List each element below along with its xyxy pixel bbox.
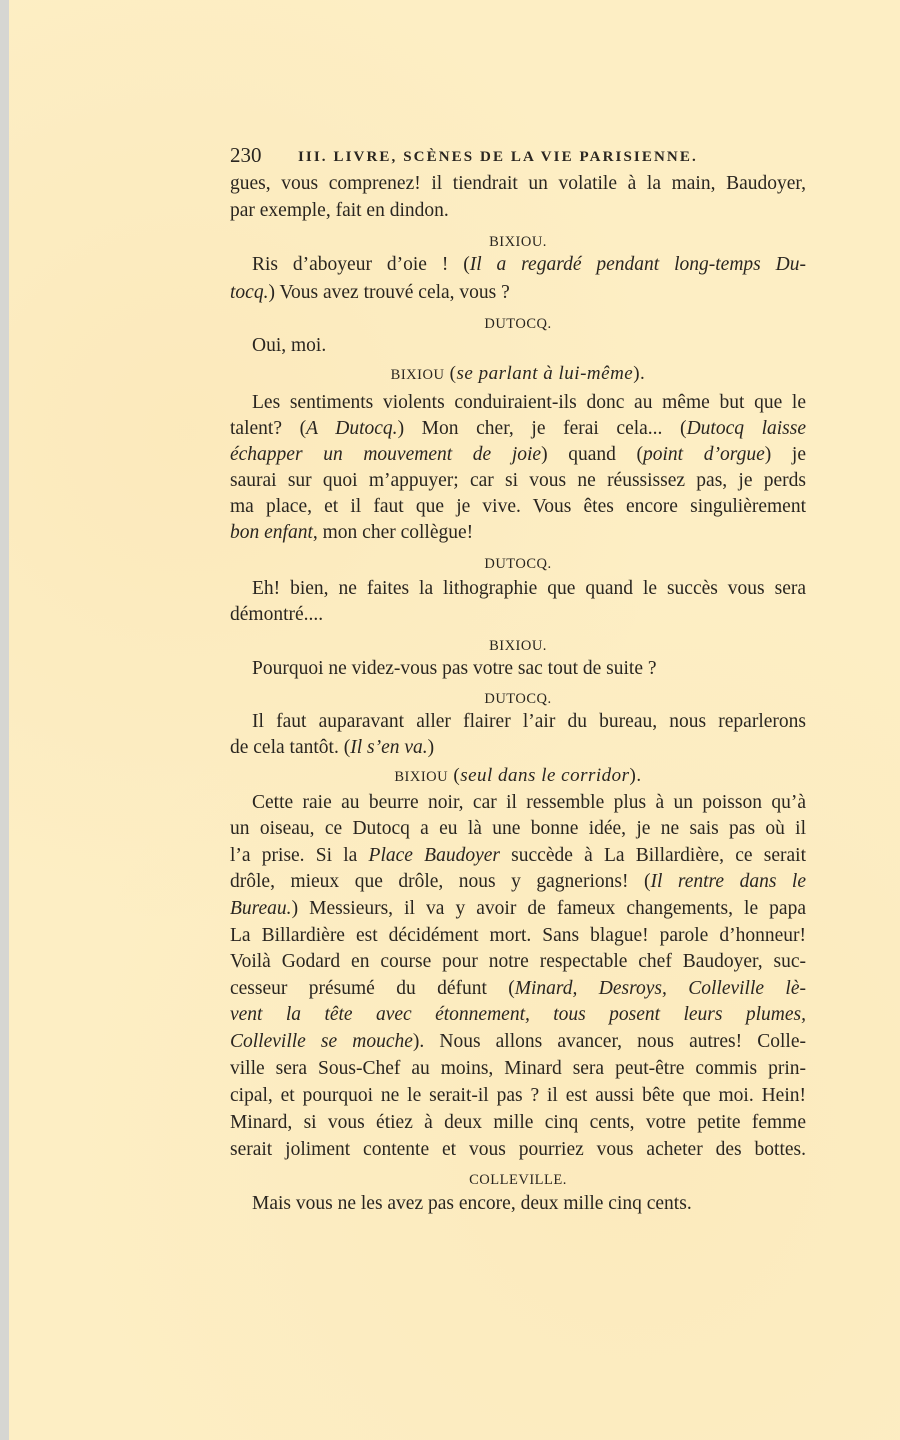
text-run: Pourquoi ne videz-vous pas votre sac tou… (252, 658, 657, 679)
stage-direction: se parlant à lui-même (457, 363, 634, 384)
speaker-label: DUTOCQ. (484, 691, 551, 707)
text-line: ville sera Sous-Chef au moins, Minard se… (230, 1056, 806, 1082)
text-run: Mais vous ne les avez pas encore, deux m… (252, 1193, 692, 1214)
italic-stage-direction: vent la tête avec étonnement, tous posen… (230, 1004, 806, 1025)
text-line: Colleville se mouche). Nous allons avanc… (230, 1029, 806, 1055)
text-run: Oui, moi. (252, 335, 326, 356)
text-run: de cela tantôt. ( (230, 737, 350, 758)
speaker-label: COLLEVILLE. (469, 1172, 567, 1188)
text-line: Il faut auparavant aller flairer l’air d… (230, 709, 806, 735)
text-run: talent? ( (230, 418, 306, 439)
text-run: Cette raie au beurre noir, car il ressem… (252, 792, 806, 813)
text-run: ). Nous allons avancer, nous autres! Col… (413, 1031, 806, 1052)
text-run: succède à La Billardière, ce serait (500, 845, 806, 866)
text-line: échapper un mouvement de joie) quand (po… (230, 442, 806, 468)
speaker-label: BIXIOU (391, 367, 445, 383)
italic-stage-direction: Bureau. (230, 898, 292, 919)
text-run: Eh! bien, ne faites la lithographie que … (252, 578, 806, 599)
text-line: Ris d’aboyeur d’oie ! (Il a regardé pend… (230, 252, 806, 278)
text-line: bon enfant, mon cher collègue! (230, 520, 806, 546)
text-run: gues, vous comprenez! il tiendrait un vo… (230, 173, 806, 194)
text-line: Oui, moi. (230, 333, 806, 359)
text-line: l’a prise. Si la Place Baudoyer succède … (230, 843, 806, 869)
page-header: 230 III. LIVRE, SCÈNES DE LA VIE PARISIE… (230, 142, 806, 168)
text-line: démontré.... (230, 602, 806, 628)
italic-stage-direction: tocq. (230, 282, 268, 303)
text-run: Ris d’aboyeur d’oie ! ( (252, 254, 470, 275)
text-line: par exemple, fait en dindon. (230, 198, 806, 224)
page-number: 230 (230, 142, 262, 168)
text-run: Minard, si vous étiez à deux mille cinq … (230, 1112, 806, 1133)
speaker-label: BIXIOU (394, 769, 448, 785)
speaker-label: DUTOCQ. (484, 556, 551, 572)
text-run: saurai sur quoi m’appuyer; car si vous n… (230, 470, 806, 491)
italic-stage-direction: Il rentre dans le (650, 871, 806, 892)
speaker-name: DUTOCQ. (230, 551, 806, 577)
speaker-name: BIXIOU (seul dans le corridor). (230, 763, 806, 789)
speaker-label: DUTOCQ. (484, 316, 551, 332)
italic-stage-direction: Minard, Desroys, Colleville lè- (515, 978, 806, 999)
text-run: cesseur présumé du défunt ( (230, 978, 515, 999)
text-line: Eh! bien, ne faites la lithographie que … (230, 576, 806, 602)
text-run: par exemple, fait en dindon. (230, 200, 449, 221)
text-run: drôle, mieux que drôle, nous y gagnerion… (230, 871, 650, 892)
text-line: Bureau.) Messieurs, il va y avoir de fam… (230, 896, 806, 922)
text-line: gues, vous comprenez! il tiendrait un vo… (230, 171, 806, 197)
text-run: démontré.... (230, 604, 323, 625)
italic-stage-direction: échapper un mouvement de joie (230, 444, 541, 465)
text-run: ville sera Sous-Chef au moins, Minard se… (230, 1058, 806, 1079)
running-head: III. LIVRE, SCÈNES DE LA VIE PARISIENNE. (298, 144, 698, 170)
book-page: 230 III. LIVRE, SCÈNES DE LA VIE PARISIE… (9, 0, 900, 1440)
italic-stage-direction: Colleville se mouche (230, 1031, 413, 1052)
text-run: ) je (765, 444, 806, 465)
text-run: serait joliment contente et vous pourrie… (230, 1139, 806, 1160)
text-line: ma place, et il faut que je vive. Vous ê… (230, 494, 806, 520)
italic-stage-direction: Dutocq laisse (687, 418, 806, 439)
speaker-name: COLLEVILLE. (230, 1167, 806, 1193)
text-run: l’a prise. Si la (230, 845, 369, 866)
text-line: vent la tête avec étonnement, tous posen… (230, 1002, 806, 1028)
text-run: ma place, et il faut que je vive. Vous ê… (230, 496, 806, 517)
speaker-label: BIXIOU. (489, 234, 547, 250)
text-line: drôle, mieux que drôle, nous y gagnerion… (230, 869, 806, 895)
text-run: cipal, et pourquoi ne le serait-il pas ?… (230, 1085, 806, 1106)
italic-stage-direction: Il s’en va. (350, 737, 427, 758)
italic-stage-direction: Il a regardé pendant long-temps Du- (470, 254, 806, 275)
text-run: Les sentiments violents conduiraient-ils… (252, 392, 806, 413)
text-line: saurai sur quoi m’appuyer; car si vous n… (230, 468, 806, 494)
text-line: Cette raie au beurre noir, car il ressem… (230, 790, 806, 816)
speaker-name: BIXIOU (se parlant à lui-même). (230, 361, 806, 387)
text-line: cipal, et pourquoi ne le serait-il pas ?… (230, 1083, 806, 1109)
text-line: de cela tantôt. (Il s’en va.) (230, 735, 806, 761)
text-run: ) quand ( (541, 444, 643, 465)
stage-direction: seul dans le corridor (460, 765, 629, 786)
text-line: Les sentiments violents conduiraient-ils… (230, 390, 806, 416)
italic-stage-direction: bon enfant (230, 522, 313, 543)
text-run: , mon cher collègue! (313, 522, 473, 543)
text-run: ) Mon cher, je ferai cela... ( (398, 418, 687, 439)
text-run: ) Messieurs, il va y avoir de fameux cha… (292, 898, 806, 919)
italic-stage-direction: Place Baudoyer (369, 845, 500, 866)
text-line: un oiseau, ce Dutocq a eu là une bonne i… (230, 816, 806, 842)
text-run: un oiseau, ce Dutocq a eu là une bonne i… (230, 818, 806, 839)
speaker-label: BIXIOU. (489, 638, 547, 654)
text-run: Voilà Godard en course pour notre respec… (230, 951, 806, 972)
text-run: Il faut auparavant aller flairer l’air d… (252, 711, 806, 732)
text-line: tocq.) Vous avez trouvé cela, vous ? (230, 280, 806, 306)
text-line: La Billardière est décidément mort. Sans… (230, 923, 806, 949)
italic-stage-direction: point d’orgue (643, 444, 765, 465)
text-line: serait joliment contente et vous pourrie… (230, 1137, 806, 1163)
text-line: cesseur présumé du défunt (Minard, Desro… (230, 976, 806, 1002)
text-run: ) (428, 737, 435, 758)
text-line: Mais vous ne les avez pas encore, deux m… (230, 1191, 806, 1217)
italic-stage-direction: A Dutocq. (306, 418, 397, 439)
text-line: Minard, si vous étiez à deux mille cinq … (230, 1110, 806, 1136)
text-run: ) Vous avez trouvé cela, vous ? (268, 282, 509, 303)
text-line: talent? (A Dutocq.) Mon cher, je ferai c… (230, 416, 806, 442)
text-run: La Billardière est décidément mort. Sans… (230, 925, 806, 946)
text-line: Pourquoi ne videz-vous pas votre sac tou… (230, 656, 806, 682)
text-line: Voilà Godard en course pour notre respec… (230, 949, 806, 975)
